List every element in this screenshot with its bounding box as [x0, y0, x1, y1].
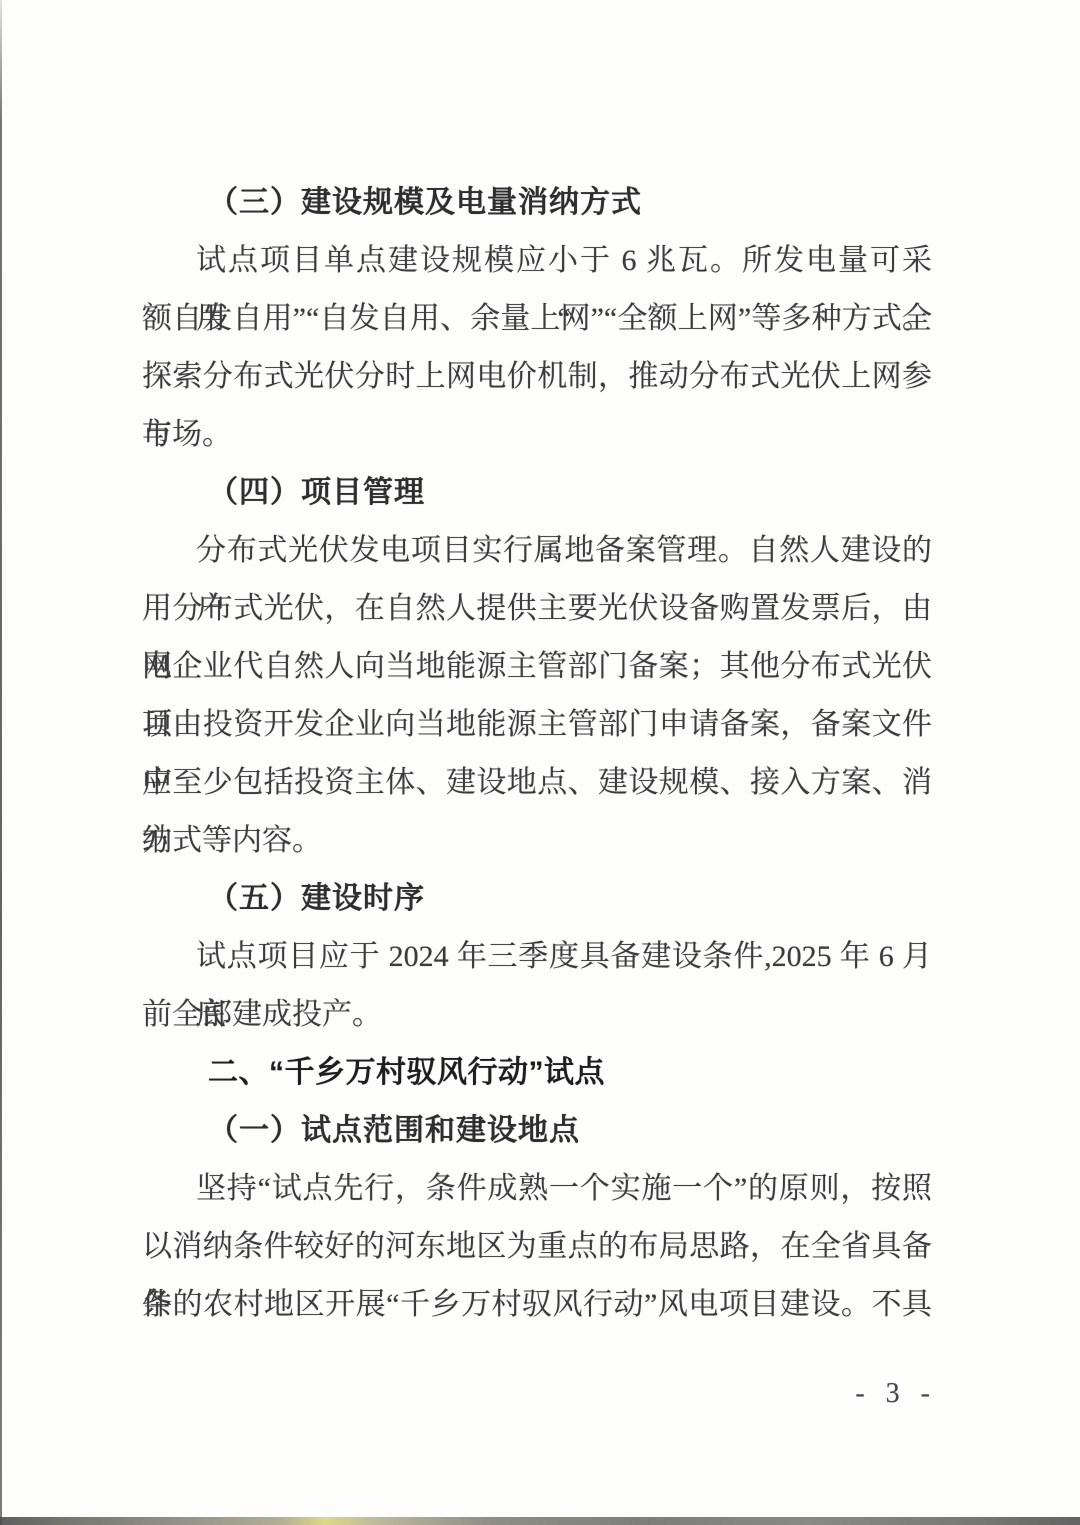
scan-left-edge-artifact: [0, 0, 2, 1525]
body-line: 市场。: [142, 406, 932, 464]
scan-bottom-edge-artifact: [0, 1517, 1080, 1525]
heading-section-5: （五）建设时序: [142, 870, 932, 928]
document-page: （三）建设规模及电量消纳方式 试点项目单点建设规模应小于 6 兆瓦。所发电量可采…: [0, 0, 1080, 1525]
body-line: 件的农村地区开展“千乡万村驭风行动”风电项目建设。不具: [142, 1276, 932, 1334]
body-line: 试点项目单点建设规模应小于 6 兆瓦。所发电量可采用“全: [142, 232, 932, 290]
body-line: 用分布式光伏，在自然人提供主要光伏设备购置发票后，由电: [142, 580, 932, 638]
body-line: 额自发自用”“自发自用、余量上网”“全额上网”等多种方式。: [142, 290, 932, 348]
body-line: 应至少包括投资主体、建设地点、建设规模、接入方案、消纳: [142, 754, 932, 812]
body-line: 以消纳条件较好的河东地区为重点的布局思路，在全省具备条: [142, 1218, 932, 1276]
body-line: 探索分布式光伏分时上网电价机制，推动分布式光伏上网参与: [142, 348, 932, 406]
document-body: （三）建设规模及电量消纳方式 试点项目单点建设规模应小于 6 兆瓦。所发电量可采…: [142, 174, 932, 1334]
body-line: 方式等内容。: [142, 812, 932, 870]
body-line: 目由投资开发企业向当地能源主管部门申请备案，备案文件中: [142, 696, 932, 754]
body-line: 分布式光伏发电项目实行属地备案管理。自然人建设的户: [142, 522, 932, 580]
body-line: 试点项目应于 2024 年三季度具备建设条件,2025 年 6 月底: [142, 928, 932, 986]
body-line: 网企业代自然人向当地能源主管部门备案；其他分布式光伏项: [142, 638, 932, 696]
body-line: 前全部建成投产。: [142, 986, 932, 1044]
heading-section-4: （四）项目管理: [142, 464, 932, 522]
heading-section-1: （一）试点范围和建设地点: [142, 1102, 932, 1160]
heading-section-3: （三）建设规模及电量消纳方式: [142, 174, 932, 232]
heading-part-2: 二、“千乡万村驭风行动”试点: [142, 1044, 932, 1102]
body-line: 坚持“试点先行，条件成熟一个实施一个”的原则，按照: [142, 1160, 932, 1218]
page-number: - 3 -: [142, 1378, 937, 1410]
